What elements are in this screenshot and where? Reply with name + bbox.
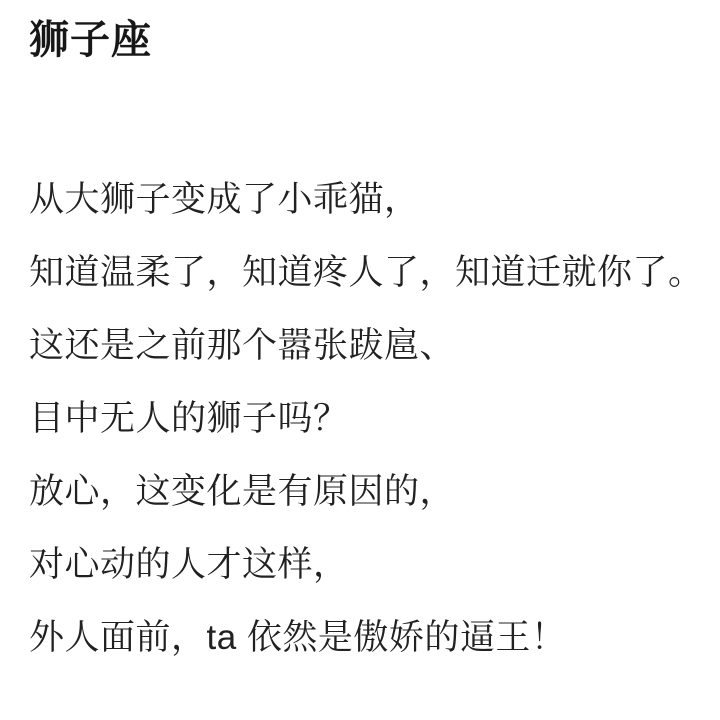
text-line-4: 目中无人的狮子吗？	[29, 382, 716, 455]
text-line-3: 这还是之前那个嚣张跋扈、	[29, 309, 716, 382]
document-page: 狮子座 从大狮子变成了小乖猫， 知道温柔了，知道疼人了，知道迁就你了。 这还是之…	[0, 0, 720, 720]
body-text: 从大狮子变成了小乖猫， 知道温柔了，知道疼人了，知道迁就你了。 这还是之前那个嚣…	[29, 163, 716, 674]
text-line-7: 外人面前，ta 依然是傲娇的逼王！	[29, 601, 716, 674]
page-title: 狮子座	[29, 0, 716, 64]
text-line-5: 放心，这变化是有原因的，	[29, 455, 716, 528]
text-line-6: 对心动的人才这样，	[29, 528, 716, 601]
text-line-1: 从大狮子变成了小乖猫，	[29, 163, 716, 236]
text-line-2: 知道温柔了，知道疼人了，知道迁就你了。	[29, 236, 716, 309]
